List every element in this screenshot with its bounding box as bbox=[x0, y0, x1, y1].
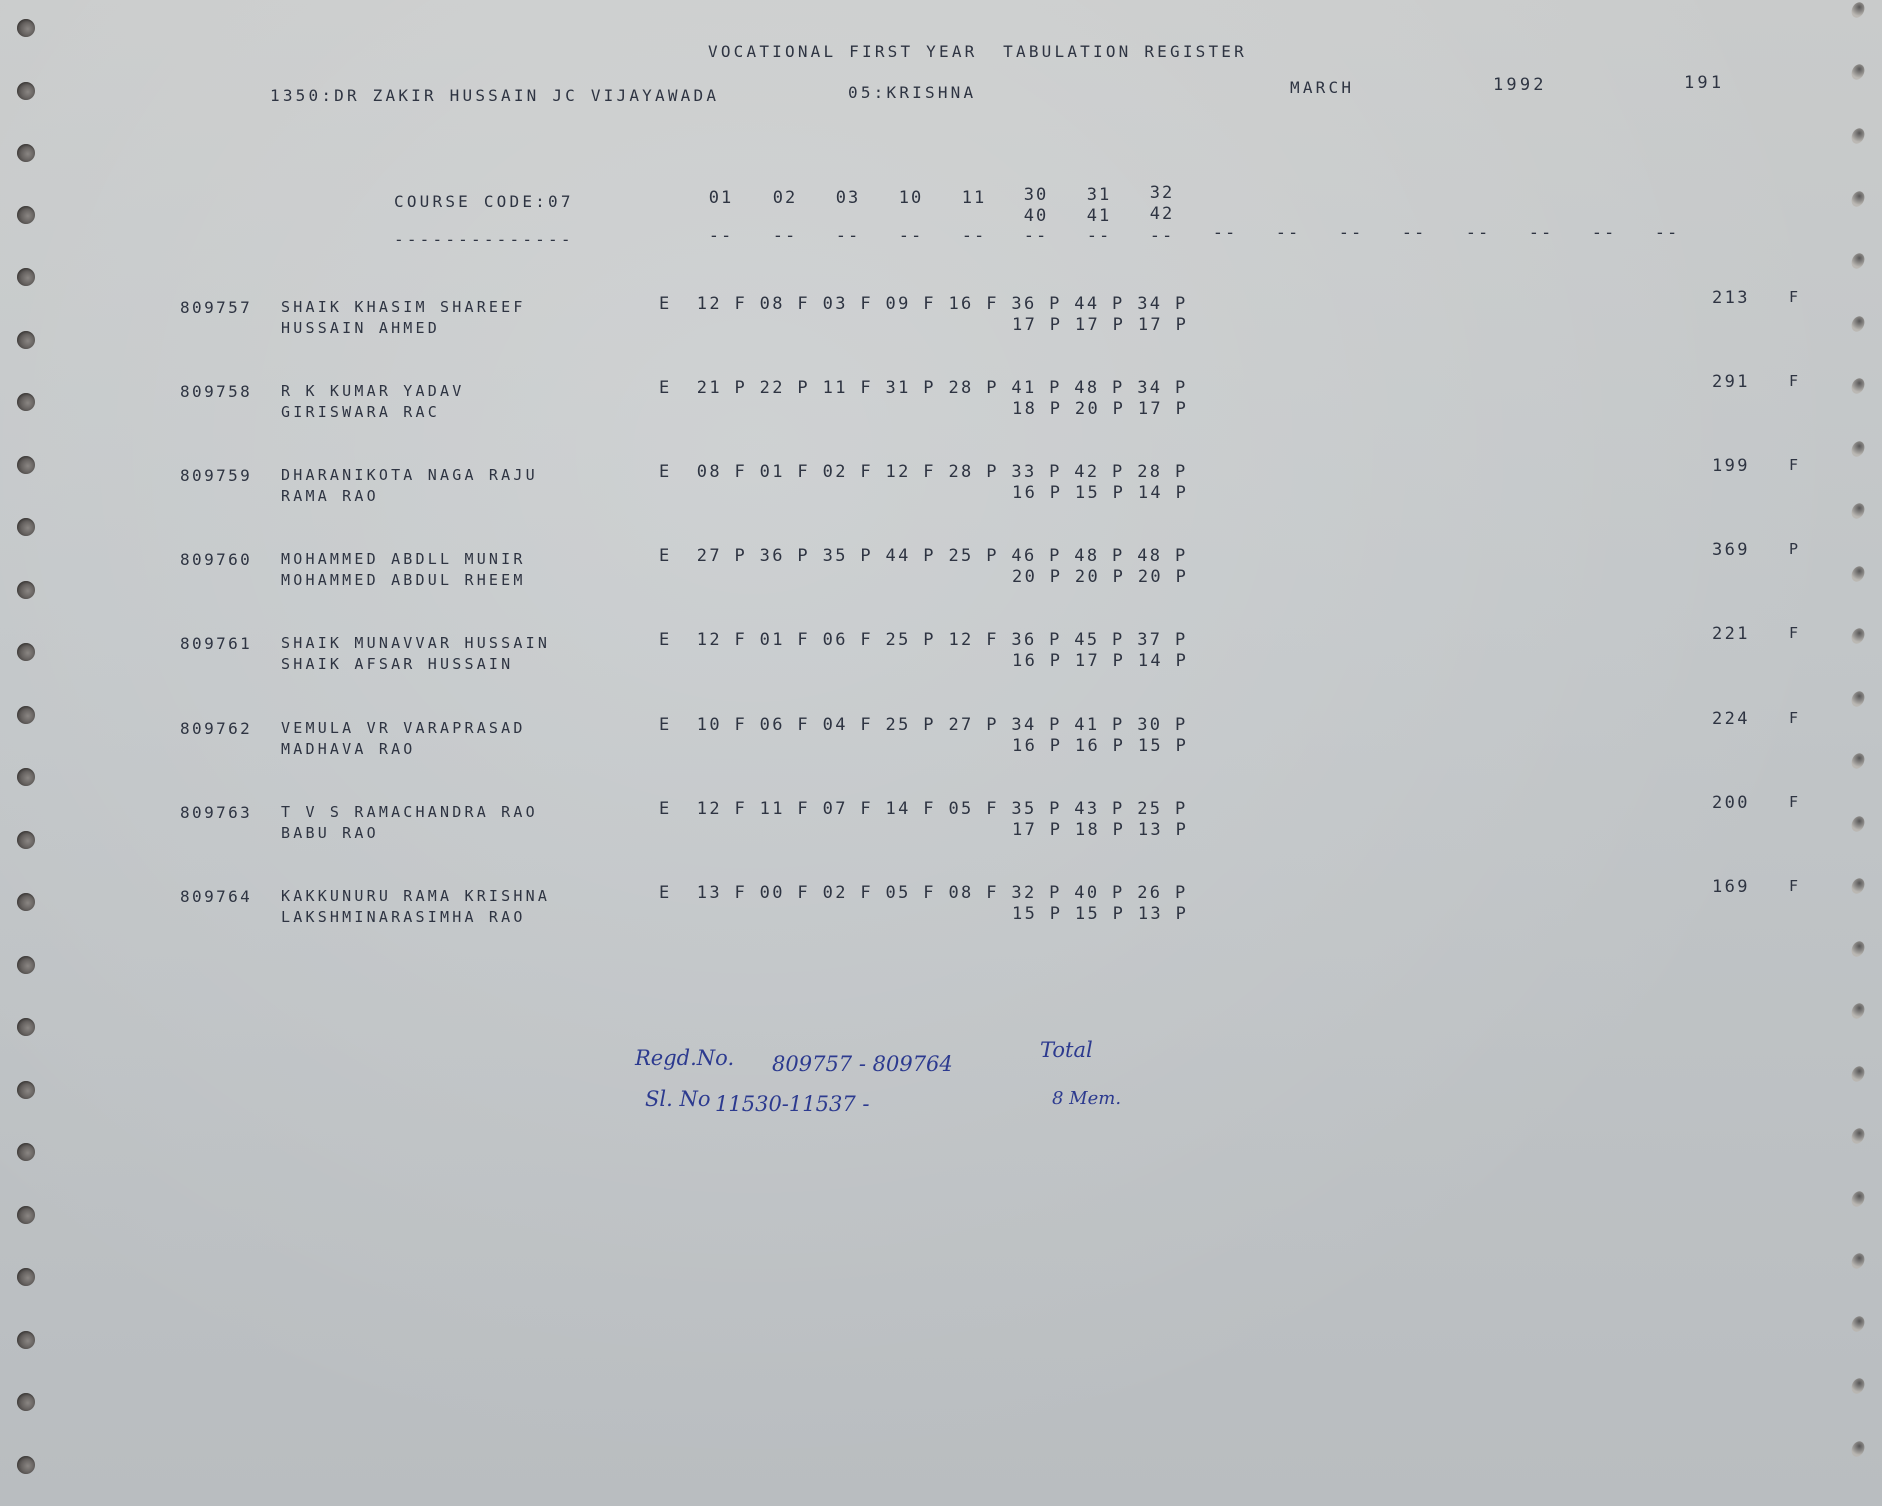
total-label: Total bbox=[1040, 1038, 1093, 1062]
student-row: 809759 DHARANIKOTA NAGA RAJU RAMA RAO E … bbox=[0, 466, 1882, 526]
marks-line-1: E 27 P 36 P 35 P 44 P 25 P 46 P 48 P 48 … bbox=[659, 546, 1188, 566]
member-count: 8 Mem. bbox=[1052, 1088, 1121, 1109]
course-code: COURSE CODE:07 bbox=[394, 192, 574, 212]
result-status: F bbox=[1789, 793, 1798, 811]
result-status: F bbox=[1789, 372, 1798, 390]
dash-separator: -- bbox=[1018, 226, 1054, 246]
total-marks: 369 bbox=[1712, 540, 1750, 560]
student-row: 809757 SHAIK KHASIM SHAREEF HUSSAIN AHME… bbox=[0, 298, 1882, 358]
column-header-second: 41 bbox=[1081, 206, 1117, 226]
register-title: VOCATIONAL FIRST YEAR TABULATION REGISTE… bbox=[708, 42, 1247, 62]
marks-line-1: E 21 P 22 P 11 F 31 P 28 P 41 P 48 P 34 … bbox=[659, 378, 1188, 398]
exam-month: MARCH bbox=[1290, 78, 1354, 98]
sl-no-label: Sl. No bbox=[645, 1087, 710, 1111]
reg-number: 809757 bbox=[180, 298, 252, 317]
total-marks: 199 bbox=[1712, 456, 1750, 476]
column-header-second: 40 bbox=[1018, 206, 1054, 226]
marks-line-1: E 10 F 06 F 04 F 25 P 27 P 34 P 41 P 30 … bbox=[659, 715, 1188, 735]
total-marks: 169 bbox=[1712, 877, 1750, 897]
dash-separator: -- bbox=[830, 226, 866, 246]
feed-hole-icon bbox=[1849, 126, 1867, 146]
course-code-underline: -------------- bbox=[394, 230, 574, 250]
college-name: 1350:DR ZAKIR HUSSAIN JC VIJAYAWADA bbox=[270, 86, 719, 106]
dash-separator: -- bbox=[767, 226, 803, 246]
dash-separator: -- bbox=[1523, 223, 1559, 243]
reg-number: 809764 bbox=[180, 887, 252, 906]
feed-hole-icon bbox=[17, 206, 35, 224]
marks-line-1: E 12 F 11 F 07 F 14 F 05 F 35 P 43 P 25 … bbox=[659, 799, 1188, 819]
marks-line-1: E 12 F 01 F 06 F 25 P 12 F 36 P 45 P 37 … bbox=[659, 630, 1188, 650]
feed-hole-icon bbox=[1849, 1189, 1867, 1209]
feed-hole-icon bbox=[1849, 0, 1867, 20]
father-name: HUSSAIN AHMED bbox=[281, 319, 440, 337]
reg-number: 809760 bbox=[180, 550, 252, 569]
student-row: 809761 SHAIK MUNAVVAR HUSSAIN SHAIK AFSA… bbox=[0, 634, 1882, 694]
regd-no-label: Regd.No. bbox=[635, 1046, 734, 1070]
marks-line-2: 17 P 17 P 17 P bbox=[1012, 315, 1188, 335]
father-name: MADHAVA RAO bbox=[281, 740, 416, 758]
column-header: 30 bbox=[1018, 185, 1054, 205]
student-row: 809762 VEMULA VR VARAPRASAD MADHAVA RAO … bbox=[0, 719, 1882, 779]
feed-hole-icon bbox=[17, 1268, 35, 1286]
feed-hole-icon bbox=[17, 956, 35, 974]
student-row: 809758 R K KUMAR YADAV GIRISWARA RAC E 2… bbox=[0, 382, 1882, 442]
student-name: SHAIK MUNAVVAR HUSSAIN bbox=[281, 634, 550, 652]
marks-line-1: E 12 F 08 F 03 F 09 F 16 F 36 P 44 P 34 … bbox=[659, 294, 1188, 314]
feed-hole-icon bbox=[1849, 1001, 1867, 1021]
total-marks: 200 bbox=[1712, 793, 1750, 813]
dash-separator: -- bbox=[1081, 226, 1117, 246]
total-marks: 221 bbox=[1712, 624, 1750, 644]
student-name: VEMULA VR VARAPRASAD bbox=[281, 719, 526, 737]
page-number: 191 bbox=[1684, 73, 1724, 93]
student-row: 809764 KAKKUNURU RAMA KRISHNA LAKSHMINAR… bbox=[0, 887, 1882, 947]
father-name: SHAIK AFSAR HUSSAIN bbox=[281, 655, 513, 673]
student-row: 809763 T V S RAMACHANDRA RAO BABU RAO E … bbox=[0, 803, 1882, 863]
feed-hole-icon bbox=[17, 1331, 35, 1349]
father-name: LAKSHMINARASIMHA RAO bbox=[281, 908, 526, 926]
feed-hole-icon bbox=[1849, 1251, 1867, 1271]
feed-hole-icon bbox=[17, 1456, 35, 1474]
student-name: SHAIK KHASIM SHAREEF bbox=[281, 298, 526, 316]
student-name: KAKKUNURU RAMA KRISHNA bbox=[281, 887, 550, 905]
dash-separator: -- bbox=[1207, 223, 1243, 243]
feed-hole-icon bbox=[17, 82, 35, 100]
column-header: 02 bbox=[767, 188, 803, 208]
dash-separator: -- bbox=[703, 226, 739, 246]
result-status: F bbox=[1789, 877, 1798, 895]
result-status: F bbox=[1789, 709, 1798, 727]
regd-no-range: 809757 - 809764 bbox=[772, 1052, 953, 1076]
exam-year: 1992 bbox=[1493, 75, 1547, 95]
feed-hole-icon bbox=[1849, 1126, 1867, 1146]
dash-separator: -- bbox=[956, 226, 992, 246]
feed-hole-icon bbox=[17, 1143, 35, 1161]
feed-hole-icon bbox=[17, 1206, 35, 1224]
column-header: 11 bbox=[956, 188, 992, 208]
marks-line-2: 16 P 15 P 14 P bbox=[1012, 483, 1188, 503]
marks-line-2: 16 P 16 P 15 P bbox=[1012, 736, 1188, 756]
father-name: GIRISWARA RAC bbox=[281, 403, 440, 421]
dash-separator: -- bbox=[1270, 223, 1306, 243]
result-status: F bbox=[1789, 456, 1798, 474]
dash-separator: -- bbox=[893, 226, 929, 246]
sl-no-range: 11530-11537 - bbox=[715, 1092, 869, 1116]
feed-hole-icon bbox=[17, 1081, 35, 1099]
column-header: 32 bbox=[1144, 183, 1180, 203]
marks-line-2: 20 P 20 P 20 P bbox=[1012, 567, 1188, 587]
reg-number: 809761 bbox=[180, 634, 252, 653]
total-marks: 224 bbox=[1712, 709, 1750, 729]
column-header-second: 42 bbox=[1144, 204, 1180, 224]
father-name: RAMA RAO bbox=[281, 487, 379, 505]
feed-hole-icon bbox=[1849, 62, 1867, 82]
result-status: F bbox=[1789, 624, 1798, 642]
marks-line-2: 16 P 17 P 14 P bbox=[1012, 651, 1188, 671]
feed-hole-icon bbox=[17, 1018, 35, 1036]
feed-hole-icon bbox=[17, 1393, 35, 1411]
marks-line-1: E 13 F 00 F 02 F 05 F 08 F 32 P 40 P 26 … bbox=[659, 883, 1188, 903]
reg-number: 809762 bbox=[180, 719, 252, 738]
column-header: 03 bbox=[830, 188, 866, 208]
feed-hole-icon bbox=[17, 268, 35, 286]
feed-hole-icon bbox=[1849, 439, 1867, 459]
dash-separator: -- bbox=[1333, 223, 1369, 243]
column-header: 31 bbox=[1081, 185, 1117, 205]
marks-line-1: E 08 F 01 F 02 F 12 F 28 P 33 P 42 P 28 … bbox=[659, 462, 1188, 482]
student-name: MOHAMMED ABDLL MUNIR bbox=[281, 550, 526, 568]
result-status: P bbox=[1789, 540, 1798, 558]
student-name: R K KUMAR YADAV bbox=[281, 382, 464, 400]
father-name: BABU RAO bbox=[281, 824, 379, 842]
district-name: 05:KRISHNA bbox=[848, 83, 976, 103]
result-status: F bbox=[1789, 288, 1798, 306]
dash-separator: -- bbox=[1144, 226, 1180, 246]
feed-hole-icon bbox=[1849, 251, 1867, 271]
dash-separator: -- bbox=[1586, 223, 1622, 243]
total-marks: 291 bbox=[1712, 372, 1750, 392]
column-header: 10 bbox=[893, 188, 929, 208]
marks-line-2: 18 P 20 P 17 P bbox=[1012, 399, 1188, 419]
marks-line-2: 17 P 18 P 13 P bbox=[1012, 820, 1188, 840]
column-header: 01 bbox=[703, 188, 739, 208]
dash-separator: -- bbox=[1649, 223, 1685, 243]
student-name: T V S RAMACHANDRA RAO bbox=[281, 803, 538, 821]
feed-hole-icon bbox=[1849, 1064, 1867, 1084]
total-marks: 213 bbox=[1712, 288, 1750, 308]
feed-hole-icon bbox=[17, 144, 35, 162]
dash-separator: -- bbox=[1396, 223, 1432, 243]
reg-number: 809758 bbox=[180, 382, 252, 401]
feed-hole-icon bbox=[1849, 1376, 1867, 1396]
feed-hole-icon bbox=[17, 19, 35, 37]
dash-separator: -- bbox=[1460, 223, 1496, 243]
reg-number: 809759 bbox=[180, 466, 252, 485]
reg-number: 809763 bbox=[180, 803, 252, 822]
father-name: MOHAMMED ABDUL RHEEM bbox=[281, 571, 526, 589]
student-name: DHARANIKOTA NAGA RAJU bbox=[281, 466, 538, 484]
feed-hole-icon bbox=[1849, 189, 1867, 209]
feed-hole-icon bbox=[1849, 1314, 1867, 1334]
feed-hole-icon bbox=[1849, 1439, 1867, 1459]
student-row: 809760 MOHAMMED ABDLL MUNIR MOHAMMED ABD… bbox=[0, 550, 1882, 610]
marks-line-2: 15 P 15 P 13 P bbox=[1012, 904, 1188, 924]
